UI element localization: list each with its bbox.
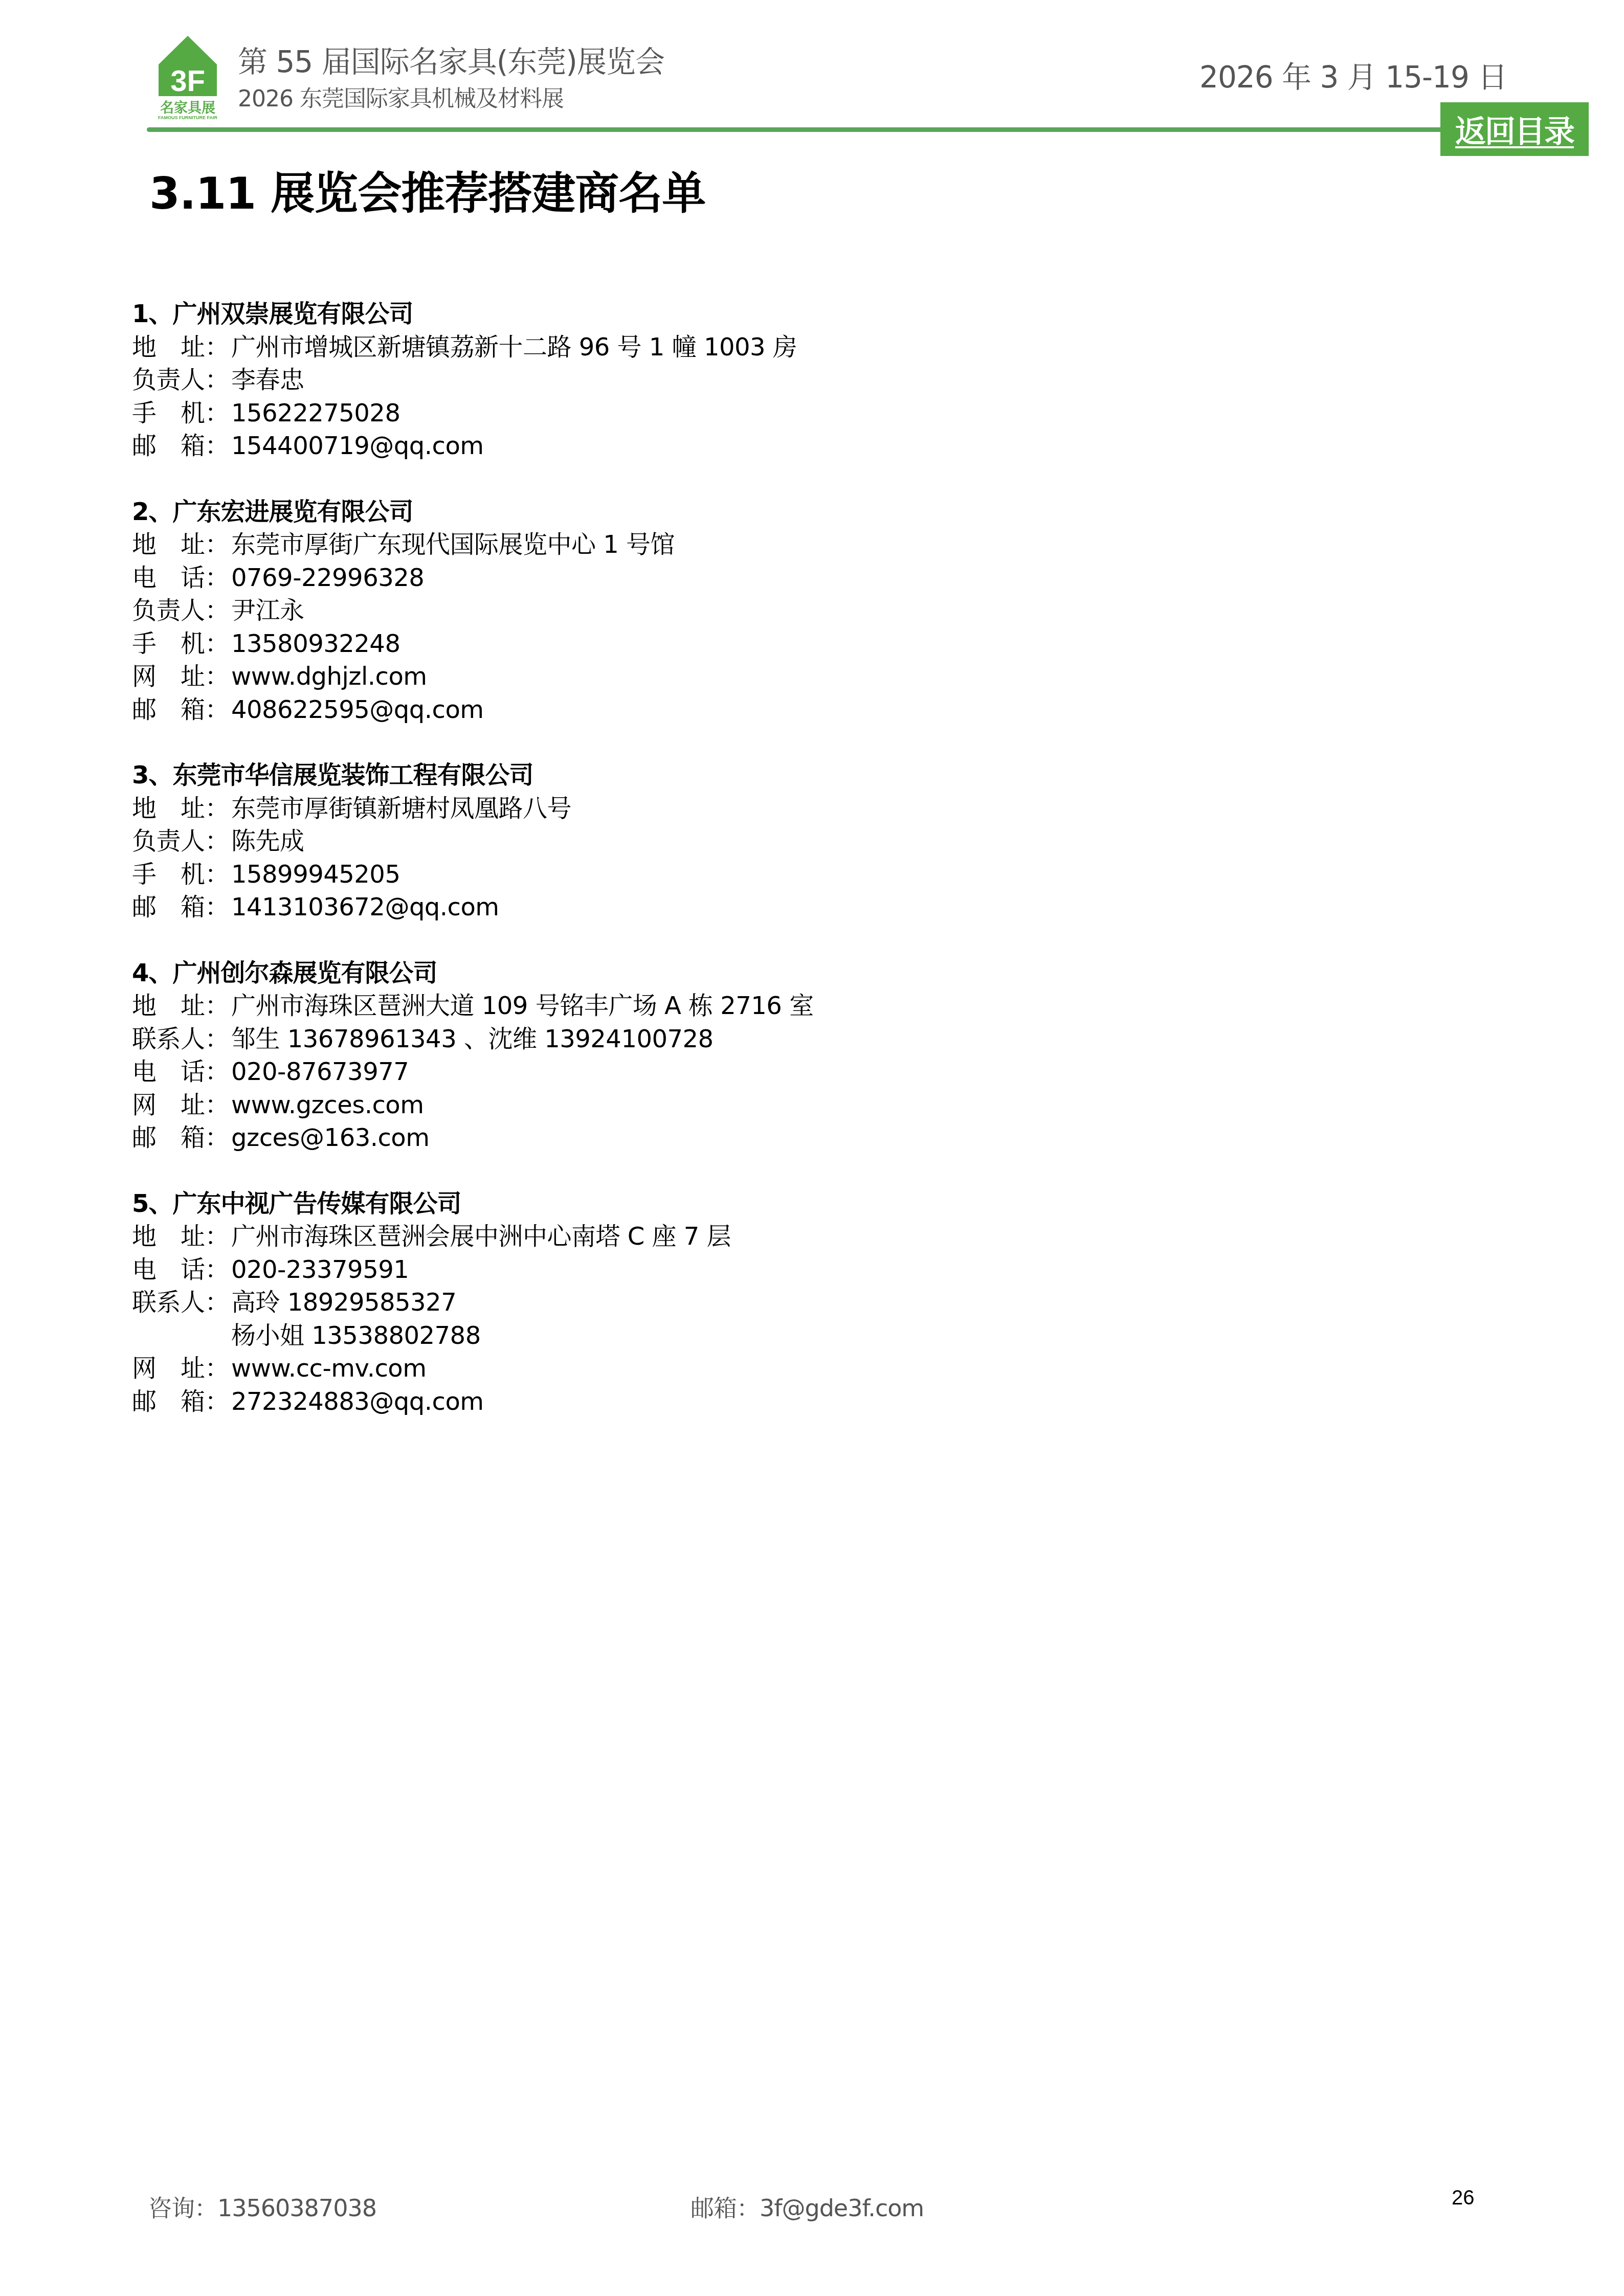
field-value: 邹生 13678961343 、沈维 13924100728 [231,1023,1513,1056]
info-row: 邮 箱：272324883@qq.com [132,1385,1513,1419]
field-label: 联系人： [132,1023,231,1056]
field-label: 负责人： [132,594,231,627]
builder-list: 1、广州双崇展览有限公司 地 址：广州市增城区新塘镇荔新十二路 96 号 1 幢… [132,298,1513,1451]
info-row: 电 话：020-87673977 [132,1055,1513,1089]
info-row: 手 机：13580932248 [132,627,1513,661]
company-name: 5、广东中视广告传媒有限公司 [132,1187,1513,1221]
field-label: 邮 箱： [132,693,231,727]
field-label: 手 机： [132,397,231,430]
info-row: 联系人：高玲 18929585327 [132,1286,1513,1319]
info-row: 杨小姐 13538802788 [132,1319,1513,1353]
info-row: 负责人：尹江永 [132,594,1513,627]
info-row: 网 址：www.dghjzl.com [132,660,1513,693]
field-value: 杨小姐 13538802788 [231,1319,1513,1353]
company-entry: 2、广东宏进展览有限公司 地 址：东莞市厚街广东现代国际展览中心 1 号馆 电 … [132,496,1513,727]
field-label: 邮 箱： [132,891,231,924]
info-row: 邮 箱：gzces@163.com [132,1121,1513,1155]
field-value: 408622595@qq.com [231,693,1513,727]
info-row: 地 址：广州市增城区新塘镇荔新十二路 96 号 1 幢 1003 房 [132,331,1513,364]
field-label: 负责人： [132,825,231,858]
field-label: 网 址： [132,1089,231,1122]
field-label [132,1319,231,1353]
footer-consult-phone: 咨询：13560387038 [148,2190,376,2223]
field-label: 地 址： [132,1220,231,1253]
company-name: 1、广州双崇展览有限公司 [132,298,1513,331]
field-label: 邮 箱： [132,1121,231,1155]
field-label: 网 址： [132,1352,231,1385]
info-row: 网 址：www.cc-mv.com [132,1352,1513,1385]
info-row: 地 址：东莞市厚街镇新塘村凤凰路八号 [132,792,1513,825]
field-label: 电 话： [132,1055,231,1089]
field-label: 网 址： [132,660,231,693]
info-row: 电 话：0769-22996328 [132,561,1513,595]
field-value: 15899945205 [231,858,1513,891]
svg-text:3F: 3F [170,64,205,98]
info-row: 负责人：陈先成 [132,825,1513,858]
field-value: 高玲 18929585327 [231,1286,1513,1319]
field-value: 陈先成 [231,825,1513,858]
info-row: 手 机：15899945205 [132,858,1513,891]
house-logo-icon: 3F 名家具展 FAMOUS FURNITURE FAIR [158,35,218,121]
company-entry: 4、广州创尔森展览有限公司 地 址：广州市海珠区琶洲大道 109 号铭丰广场 A… [132,957,1513,1155]
info-row: 邮 箱：1413103672@qq.com [132,891,1513,924]
field-value: 李春忠 [231,364,1513,397]
company-name: 4、广州创尔森展览有限公司 [132,957,1513,990]
field-value: 154400719@qq.com [231,430,1513,463]
field-value: 272324883@qq.com [231,1385,1513,1419]
info-row: 地 址：广州市海珠区琶洲会展中洲中心南塔 C 座 7 层 [132,1220,1513,1253]
info-row: 联系人：邹生 13678961343 、沈维 13924100728 [132,1023,1513,1056]
field-label: 联系人： [132,1286,231,1319]
field-value: gzces@163.com [231,1121,1513,1155]
company-entry: 5、广东中视广告传媒有限公司 地 址：广州市海珠区琶洲会展中洲中心南塔 C 座 … [132,1187,1513,1419]
3f-logo: 3F 名家具展 FAMOUS FURNITURE FAIR [158,35,218,121]
info-row: 邮 箱：154400719@qq.com [132,430,1513,463]
section-title: 3.11 展览会推荐搭建商名单 [149,169,705,219]
company-entry: 1、广州双崇展览有限公司 地 址：广州市增城区新塘镇荔新十二路 96 号 1 幢… [132,298,1513,463]
field-value: 尹江永 [231,594,1513,627]
field-label: 电 话： [132,1253,231,1287]
back-to-toc-button[interactable]: 返回目录 [1440,102,1589,156]
page-number: 26 [1452,2187,1475,2210]
field-label: 地 址： [132,331,231,364]
field-label: 电 话： [132,561,231,595]
field-value: 东莞市厚街广东现代国际展览中心 1 号馆 [231,528,1513,561]
company-name: 3、东莞市华信展览装饰工程有限公司 [132,759,1513,792]
field-value: 0769-22996328 [231,561,1513,595]
field-value: 广州市增城区新塘镇荔新十二路 96 号 1 幢 1003 房 [231,331,1513,364]
field-value: 020-87673977 [231,1055,1513,1089]
field-value: www.cc-mv.com [231,1352,1513,1385]
info-row: 网 址：www.gzces.com [132,1089,1513,1122]
field-label: 邮 箱： [132,1385,231,1419]
field-label: 地 址： [132,792,231,825]
info-row: 电 话：020-23379591 [132,1253,1513,1287]
info-row: 邮 箱：408622595@qq.com [132,693,1513,727]
field-label: 地 址： [132,528,231,561]
svg-text:名家具展: 名家具展 [160,100,215,116]
field-value: 1413103672@qq.com [231,891,1513,924]
info-row: 地 址：广州市海珠区琶洲大道 109 号铭丰广场 A 栋 2716 室 [132,989,1513,1023]
field-value: 13580932248 [231,627,1513,661]
field-label: 手 机： [132,627,231,661]
field-value: www.gzces.com [231,1089,1513,1122]
field-value: 东莞市厚街镇新塘村凤凰路八号 [231,792,1513,825]
exhibition-title: 第 55 届国际名家具(东莞)展览会 [238,47,664,77]
company-entry: 3、东莞市华信展览装饰工程有限公司 地 址：东莞市厚街镇新塘村凤凰路八号 负责人… [132,759,1513,924]
info-row: 负责人：李春忠 [132,364,1513,397]
field-label: 邮 箱： [132,430,231,463]
header-divider [147,127,1446,132]
exhibition-date: 2026 年 3 月 15-19 日 [1199,62,1507,92]
field-value: 020-23379591 [231,1253,1513,1287]
info-row: 手 机：15622275028 [132,397,1513,430]
field-value: www.dghjzl.com [231,660,1513,693]
company-name: 2、广东宏进展览有限公司 [132,496,1513,529]
field-label: 手 机： [132,858,231,891]
info-row: 地 址：东莞市厚街广东现代国际展览中心 1 号馆 [132,528,1513,561]
field-value: 广州市海珠区琶洲会展中洲中心南塔 C 座 7 层 [231,1220,1513,1253]
svg-text:FAMOUS FURNITURE FAIR: FAMOUS FURNITURE FAIR [158,115,217,120]
field-label: 负责人： [132,364,231,397]
field-value: 15622275028 [231,397,1513,430]
footer-email: 邮箱：3f@gde3f.com [691,2190,924,2223]
field-value: 广州市海珠区琶洲大道 109 号铭丰广场 A 栋 2716 室 [231,989,1513,1023]
field-label: 地 址： [132,989,231,1023]
exhibition-subtitle: 2026 东莞国际家具机械及材料展 [238,88,564,110]
